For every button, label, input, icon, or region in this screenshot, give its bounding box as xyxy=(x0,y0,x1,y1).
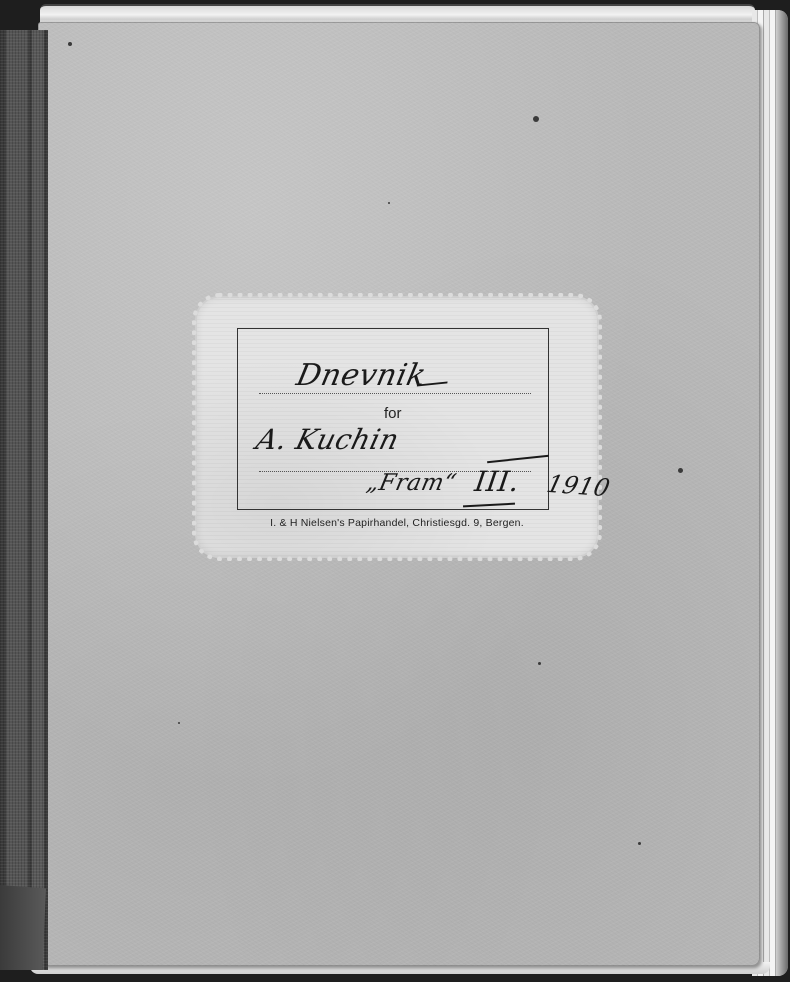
cover-speck xyxy=(638,842,641,845)
diary-label: Dnevnik for A. Kuchin „Fram“ III. 1910 I… xyxy=(197,298,597,556)
cover-speck xyxy=(178,722,180,724)
label-expedition-number: III. xyxy=(473,465,522,498)
photo-scene: Dnevnik for A. Kuchin „Fram“ III. 1910 I… xyxy=(0,0,790,982)
cover-speck xyxy=(68,42,72,46)
cover-speck xyxy=(533,116,539,122)
label-for: for xyxy=(384,405,402,422)
label-title: Dnevnik xyxy=(293,358,429,393)
cloth-spine xyxy=(0,30,48,970)
spine-worn-corner xyxy=(0,885,46,970)
cover-speck xyxy=(388,202,390,204)
label-ship: „Fram“ xyxy=(364,470,459,496)
label-year: 1910 xyxy=(544,470,613,502)
label-dotted-line xyxy=(259,393,531,394)
label-owner: A. Kuchin xyxy=(253,423,403,456)
cover-speck xyxy=(678,468,683,473)
label-imprint: I. & H Nielsen's Papirhandel, Christiesg… xyxy=(227,517,567,529)
cover-speck xyxy=(538,662,541,665)
